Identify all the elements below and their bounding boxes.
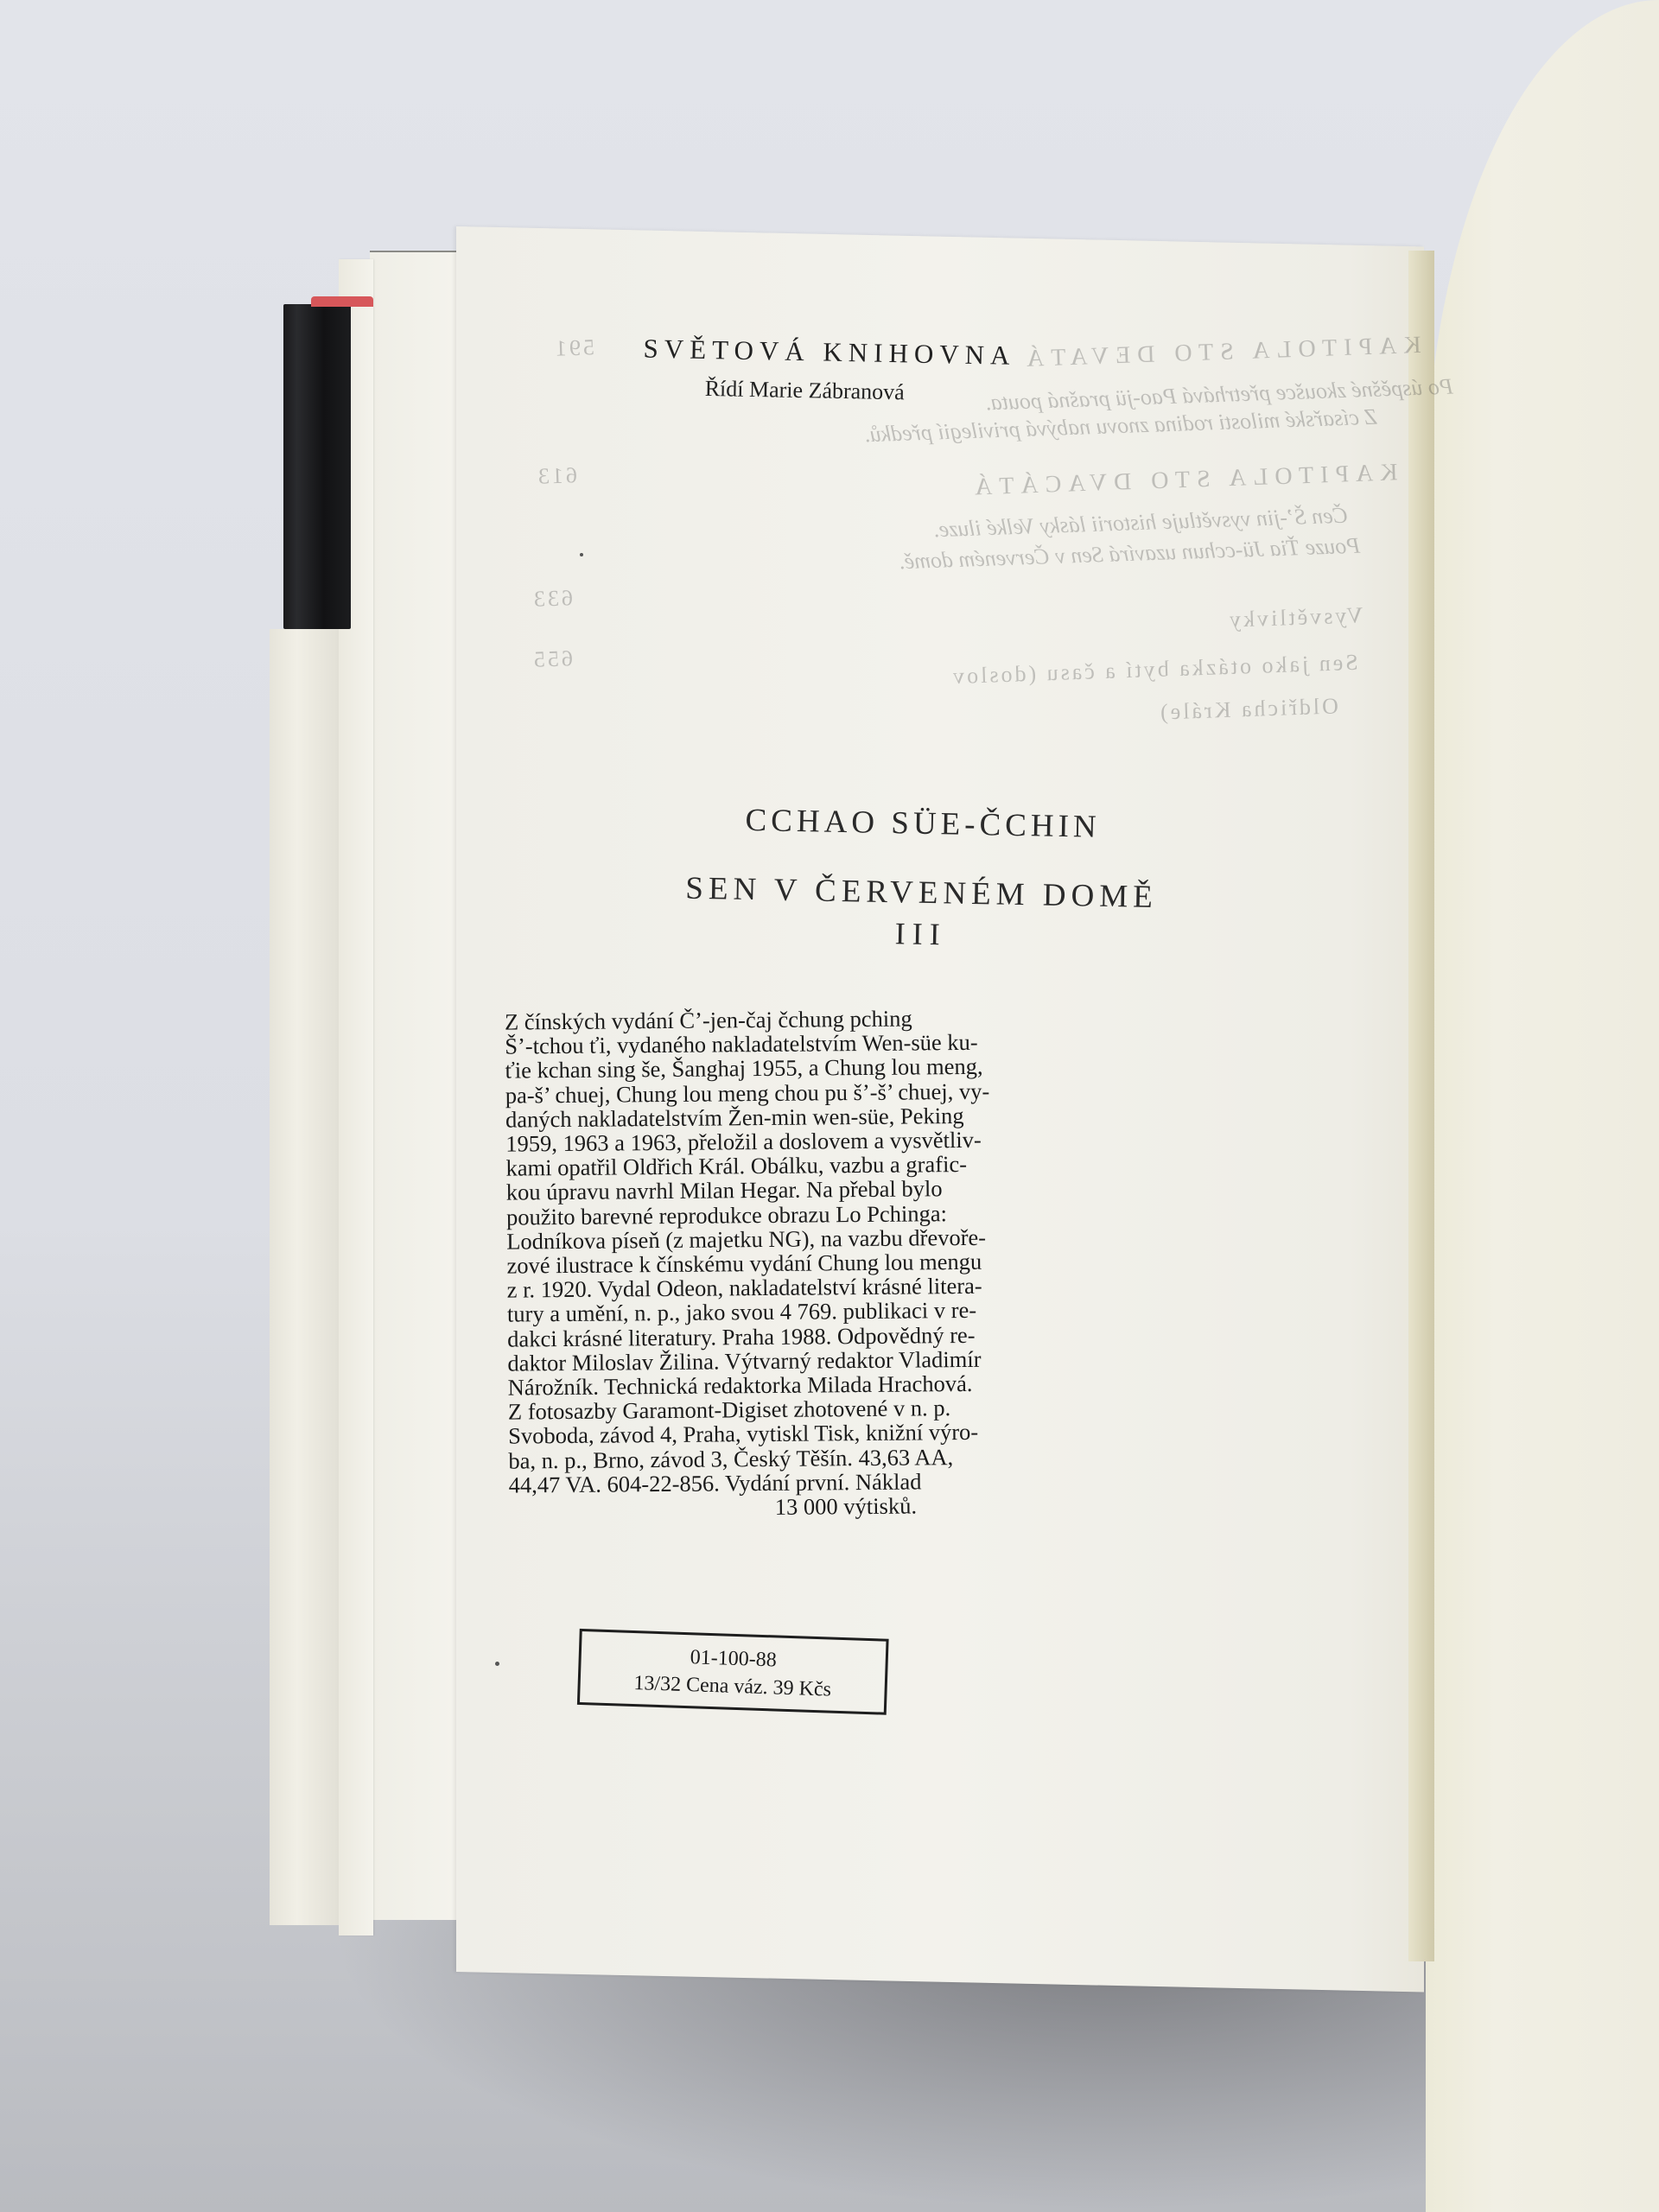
ghost-page-number: 633: [531, 585, 573, 613]
series-editor: Řídí Marie Zábranová: [704, 376, 905, 405]
right-page-curl: [1426, 0, 1659, 2212]
ghost-page-number: 655: [531, 645, 573, 673]
spine-black-band: [283, 304, 351, 629]
paper-speck: [495, 1662, 499, 1666]
page-gutter: [1408, 251, 1434, 1961]
spine-red-strip: [311, 296, 373, 307]
ghost-page-number: 613: [535, 462, 577, 490]
spine-dust-jacket: [270, 629, 339, 1925]
colophon-paragraph: Z čínských vydání Č’-jen-čaj čchung pchi…: [505, 1005, 1079, 1522]
paper-speck: [580, 553, 583, 556]
ghost-page-number: 591: [552, 334, 594, 362]
price-box: 01-100-88 13/32 Cena váz. 39 Kčs: [577, 1629, 889, 1715]
ghost-line: Vysvětlivky: [1227, 602, 1363, 632]
